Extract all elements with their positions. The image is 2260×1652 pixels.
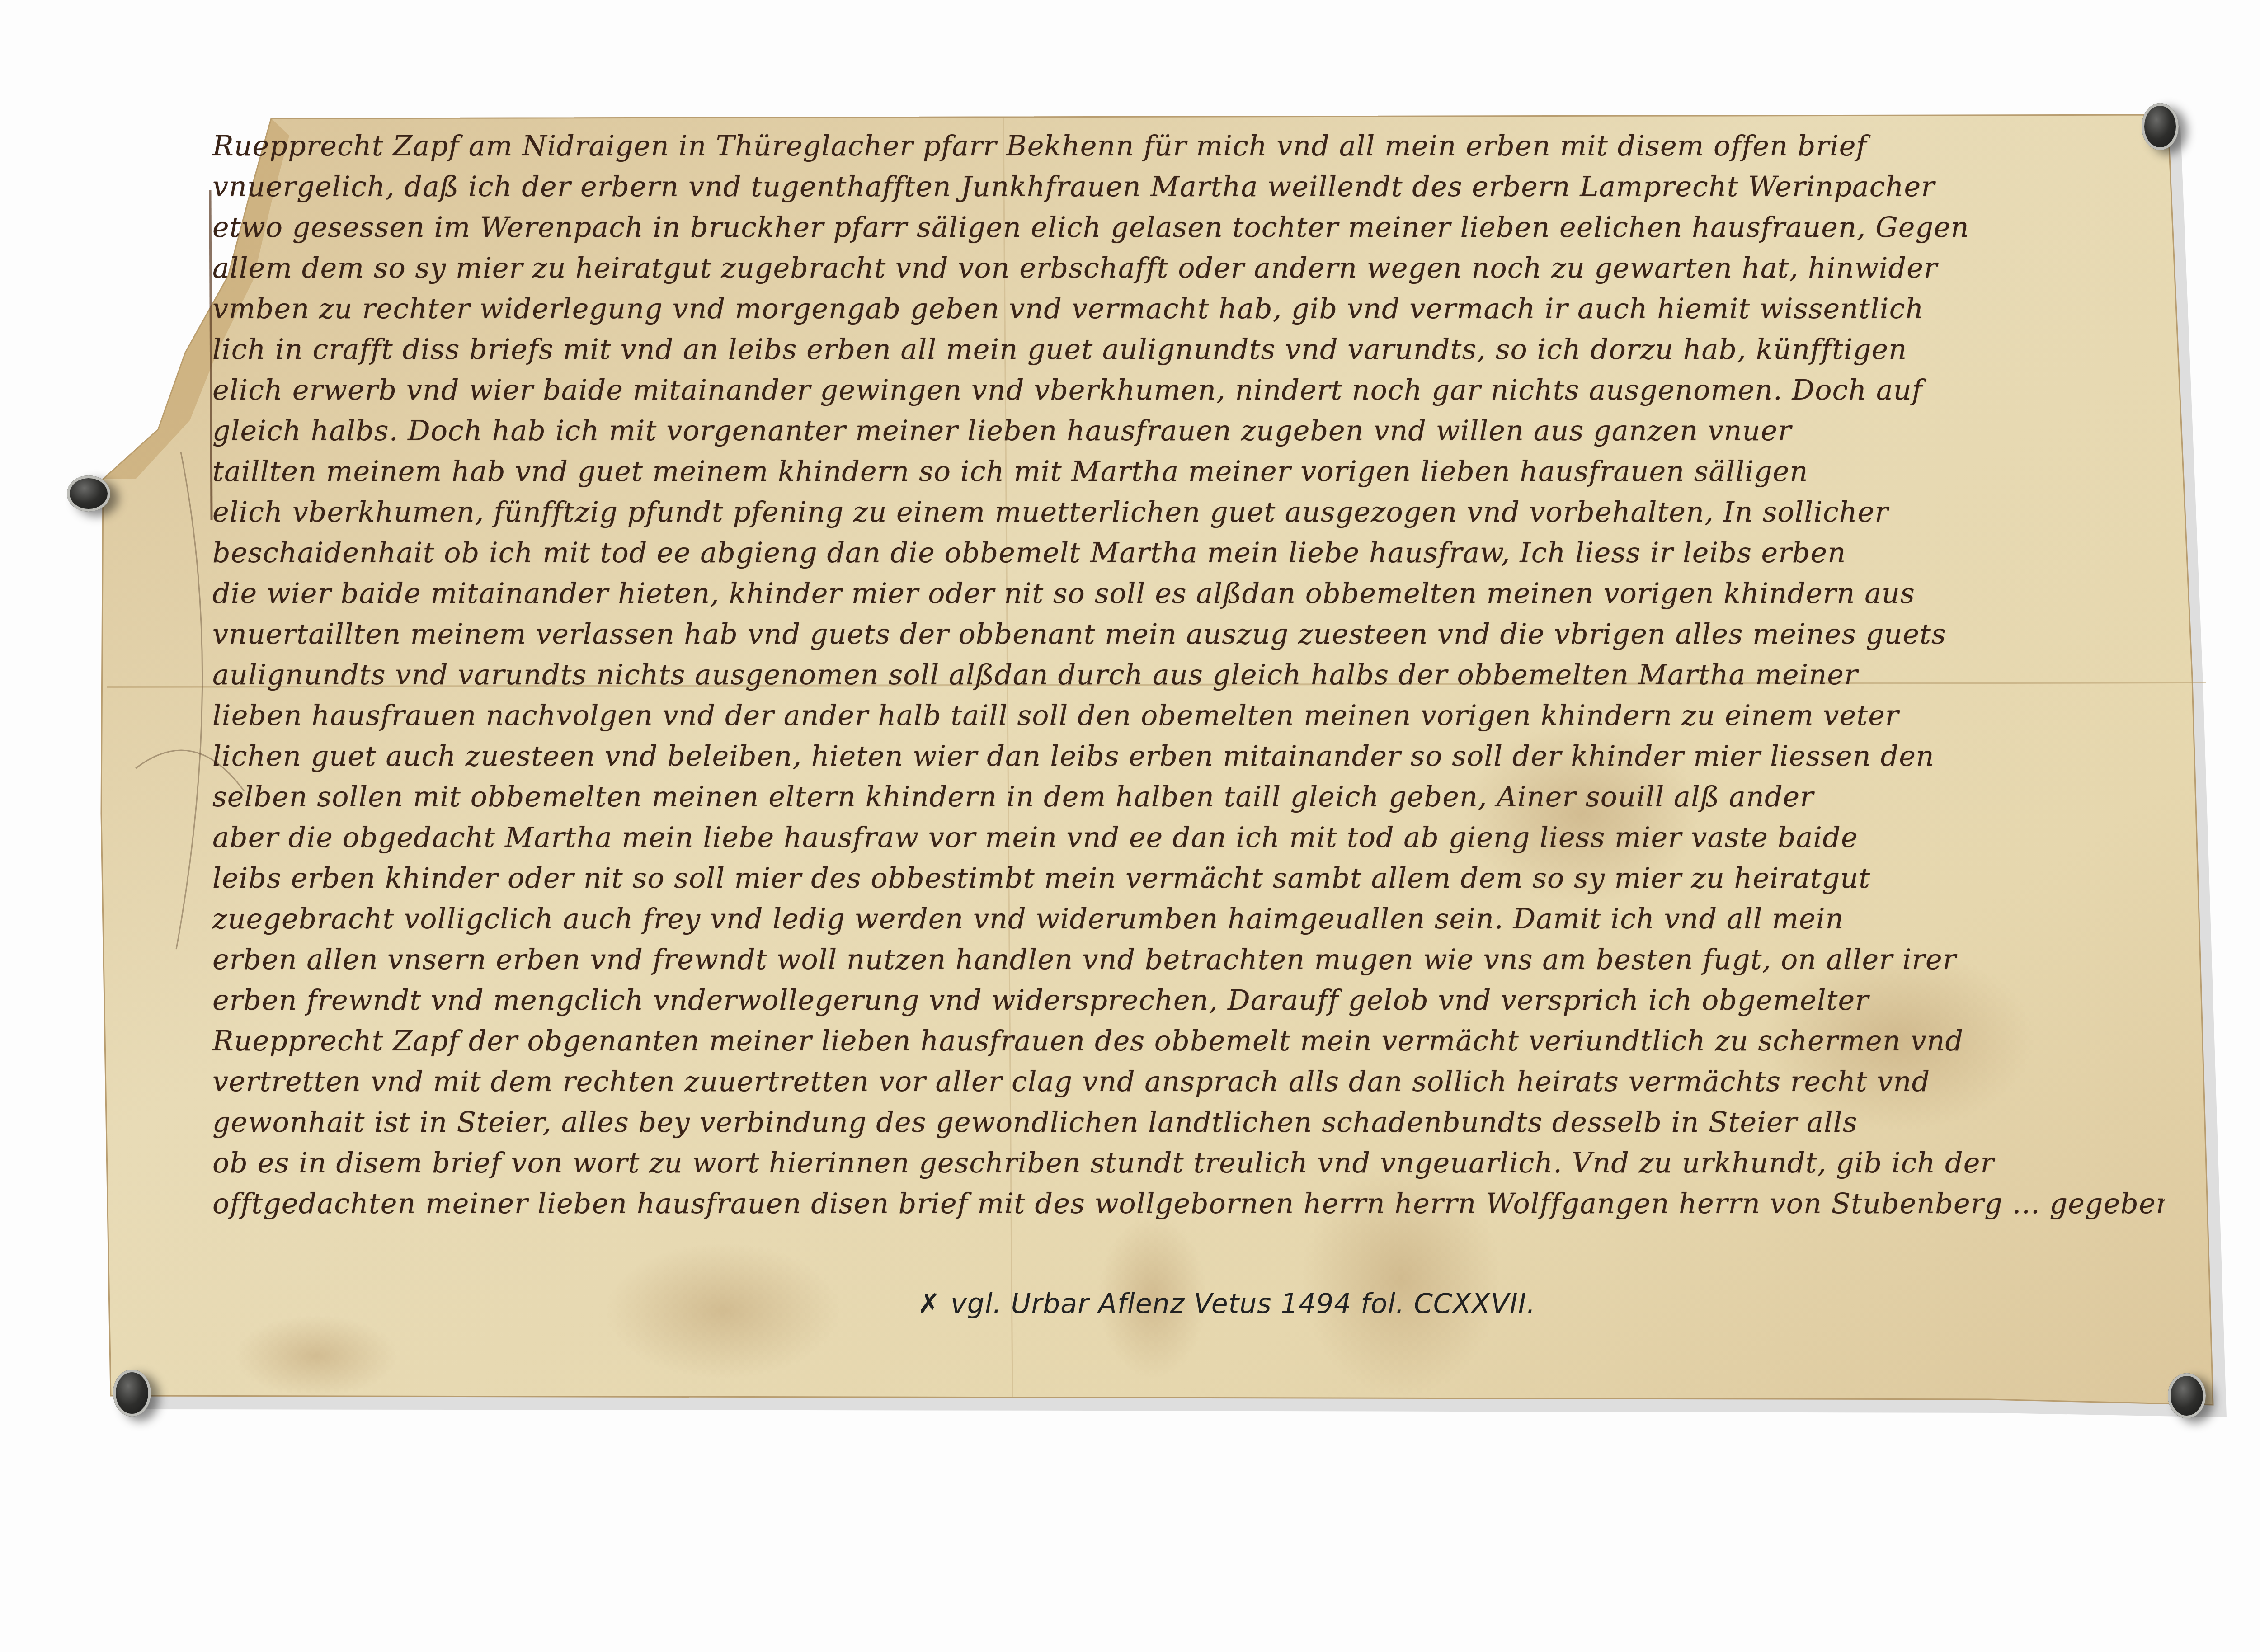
annotation-text: vgl. Urbar Aflenz Vetus 1494 fol. CCXXVI…: [951, 1288, 1535, 1320]
text-line: etwo gesessen im Werenpach in bruckher p…: [212, 207, 2165, 248]
text-line: selben sollen mit obbemelten meinen elte…: [212, 777, 2165, 817]
text-line: vertretten vnd mit dem rechten zuuertret…: [212, 1061, 2165, 1102]
pin-bottom-left: [113, 1370, 151, 1417]
text-line: allem dem so sy mier zu heiratgut zugebr…: [212, 248, 2165, 288]
text-line: leibs erben khinder oder nit so soll mie…: [212, 858, 2165, 899]
pin-bottom-right: [2168, 1373, 2206, 1418]
text-line: vmben zu rechter widerlegung vnd morgeng…: [212, 288, 2165, 329]
pin-top-right: [2142, 103, 2179, 150]
text-line: lieben hausfrauen nachvolgen vnd der and…: [212, 695, 2165, 736]
text-line: vnuertaillten meinem verlassen hab vnd g…: [212, 614, 2165, 654]
text-line: lich in crafft diss briefs mit vnd an le…: [212, 329, 2165, 370]
text-line: ob es in disem brief von wort zu wort hi…: [212, 1143, 2165, 1183]
text-line: erben frewndt vnd mengclich vnderwollege…: [212, 980, 2165, 1021]
text-line: erben allen vnsern erben vnd frewndt wol…: [212, 939, 2165, 980]
archival-annotation: ✗vgl. Urbar Aflenz Vetus 1494 fol. CCXXV…: [918, 1288, 1535, 1320]
cross-mark-icon: ✗: [918, 1288, 941, 1320]
text-line: gewonhait ist in Steier, alles bey verbi…: [212, 1102, 2165, 1143]
text-line: offtgedachten meiner lieben hausfrauen d…: [212, 1183, 2165, 1224]
text-line: aulignundts vnd varundts nichts ausgenom…: [212, 654, 2165, 695]
text-line: taillten meinem hab vnd guet meinem khin…: [212, 451, 2165, 492]
text-line: lichen guet auch zuesteen vnd beleiben, …: [212, 736, 2165, 777]
text-line: elich vberkhumen, fünfftzig pfundt pfeni…: [212, 492, 2165, 532]
text-line: aber die obgedacht Martha mein liebe hau…: [212, 817, 2165, 858]
charter-text: Ruepprecht Zapf am Nidraigen in Thüregla…: [212, 126, 2165, 1265]
text-line: beschaidenhait ob ich mit tod ee abgieng…: [212, 532, 2165, 573]
text-line: zuegebracht volligclich auch frey vnd le…: [212, 899, 2165, 939]
text-line: Ruepprecht Zapf am Nidraigen in Thüregla…: [212, 126, 2165, 166]
text-line: Ruepprecht Zapf der obgenanten meiner li…: [212, 1021, 2165, 1061]
text-line: vnuergelich, daß ich der erbern vnd tuge…: [212, 166, 2165, 207]
text-line: gleich halbs. Doch hab ich mit vorgenant…: [212, 410, 2165, 451]
pin-left: [67, 475, 110, 512]
parchment-document: Ruepprecht Zapf am Nidraigen in Thüregla…: [0, 0, 2260, 1652]
text-line: die wier baide mitainander hieten, khind…: [212, 573, 2165, 614]
text-line: elich erwerb vnd wier baide mitainander …: [212, 370, 2165, 410]
